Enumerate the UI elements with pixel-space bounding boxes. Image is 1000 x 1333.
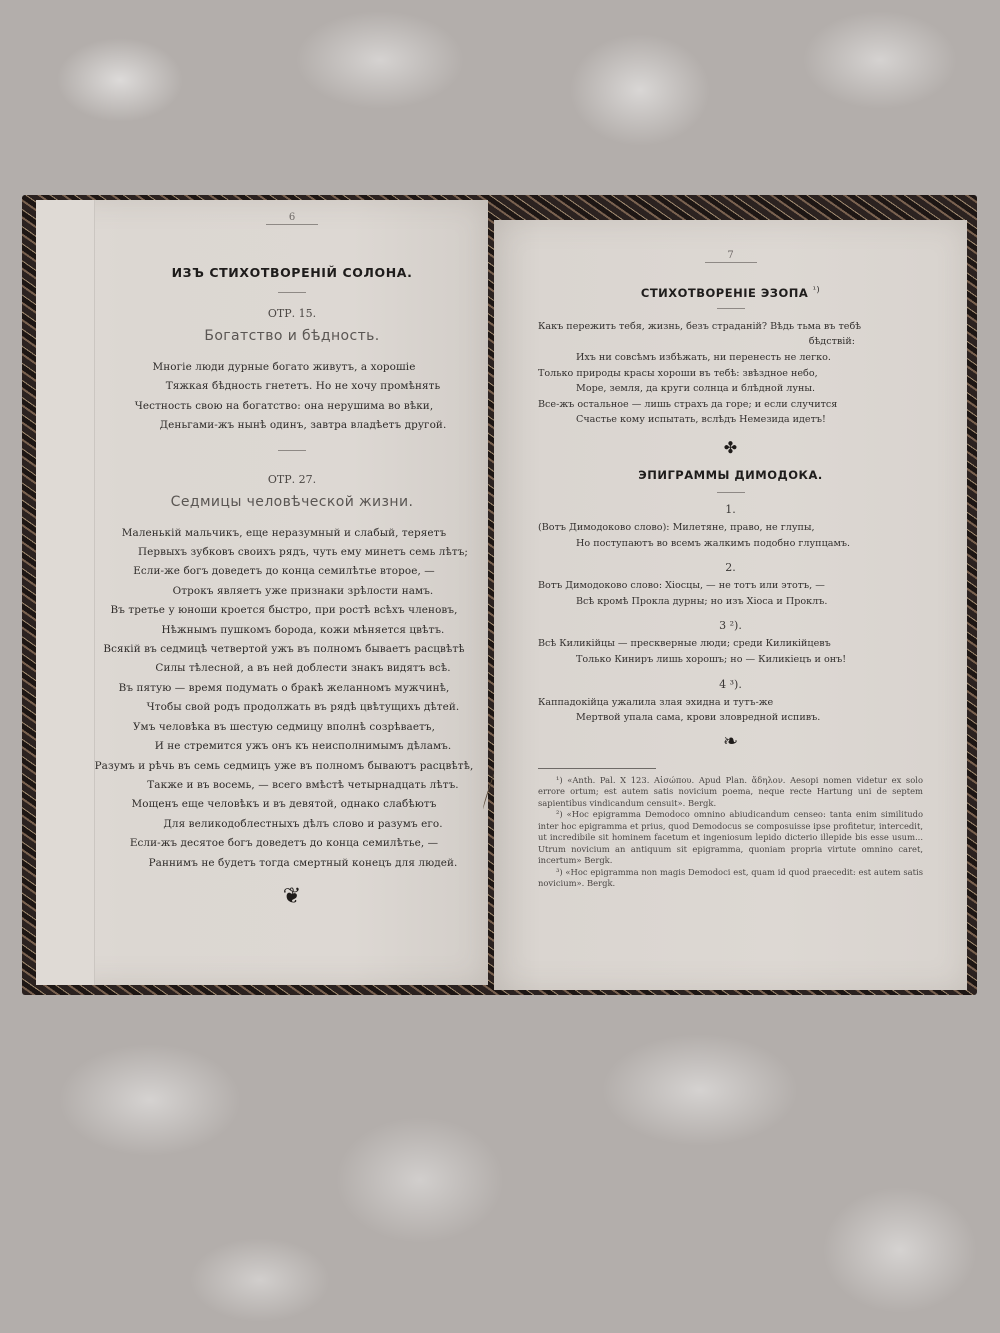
verse-line: Деньгами-жъ нынѣ одинъ, завтра владѣетъ … [96,416,488,435]
verse-line: Для великодоблестныхъ дѣлъ слово и разум… [96,815,488,834]
page-number-rule [705,262,757,263]
left-page-content: 6 ИЗЪ СТИХОТВОРЕНІЙ СОЛОНА. ОТР. 15. Бог… [96,212,488,909]
footnote-rule [538,768,656,769]
verse-block: Какъ пережить тебя, жизнь, безъ страдані… [494,319,967,428]
ornament-icon: ❦ [96,885,488,909]
verse-line: (Вотъ Димодоково слово): Милетяне, право… [538,520,967,536]
verse-line: Умъ человѣка въ шестую седмицу вполнѣ со… [80,718,488,737]
epigram-number: 4 ³). [494,678,967,691]
page-number-rule [266,224,318,225]
verse-line: Многіе люди дурные богато живутъ, а хоро… [80,358,488,377]
divider [717,308,745,309]
verse-line: И не стремится ужъ онъ къ неисполнимымъ … [96,737,488,756]
ornament-icon: ❧ [494,730,967,754]
footnotes: ¹) «Anth. Pal. X 123. Αἰσώπου. Apud Plan… [494,775,967,890]
verse-line: Но поступаютъ во всемъ жалкимъ подобно г… [538,536,967,552]
divider [278,450,306,451]
epigram-number: 1. [494,503,967,516]
left-page: 6 ИЗЪ СТИХОТВОРЕНІЙ СОЛОНА. ОТР. 15. Бог… [36,200,488,985]
footnote: ¹) «Anth. Pal. X 123. Αἰσώπου. Apud Plan… [538,775,923,810]
verse-block: Многіе люди дурные богато живутъ, а хоро… [96,358,488,436]
verse-line: Также и въ восемь, — всего вмѣстѣ четырн… [96,776,488,795]
verse-line: Каппадокійца ужалила злая эхидна и тутъ-… [538,695,967,711]
section-heading: ЭПИГРАММЫ ДИМОДОКА. [494,468,967,482]
verse-line: Нѣжнымъ пушкомъ борода, кожи мѣняется цв… [96,621,488,640]
divider [278,292,306,293]
verse-line: Все-жъ остальное — лишь страхъ да горе; … [538,397,967,413]
footnote: ³) «Hoc epigramma non magis Demodoci est… [538,867,923,890]
verse-line: Чтобы свой родъ продолжать въ рядѣ цвѣту… [96,698,488,717]
verse-line: Раннимъ не будетъ тогда смертный конецъ … [96,854,488,873]
verse-line: Если-жъ десятое богъ доведетъ до конца с… [80,834,488,853]
verse-line: Всѣ Киликійцы — прескверные люди; среди … [538,636,967,652]
fragment-label: ОТР. 27. [96,473,488,486]
verse-line: Всякій въ седмицѣ четвертой ужъ въ полно… [80,640,488,659]
divider [717,492,745,493]
right-page-content: 7 СТИХОТВОРЕНІЕ ЭЗОПА ¹) Какъ пережить т… [494,250,967,890]
footnote-ref: ¹) [813,285,820,294]
verse-line: Мощенъ еще человѣкъ и въ девятой, однако… [80,795,488,814]
section-heading: ИЗЪ СТИХОТВОРЕНІЙ СОЛОНА. [96,265,488,280]
verse-line: Только природы красы хороши въ тебѣ: звѣ… [538,366,967,382]
verse-line: Счастье кому испытать, вслѣдъ Немезида и… [538,412,967,428]
verse-line: Маленькій мальчикъ, еще неразумный и сла… [80,524,488,543]
fragment-title: Седмицы человѣческой жизни. [96,494,488,510]
verse-line: Первыхъ зубковъ своихъ рядъ, чуть ему ми… [96,543,488,562]
right-page: 7 СТИХОТВОРЕНІЕ ЭЗОПА ¹) Какъ пережить т… [494,220,967,990]
verse-line: Въ пятую — время подумать о бракѣ желанн… [80,679,488,698]
page-number: 6 [96,212,488,223]
verse-line: Какъ пережить тебя, жизнь, безъ страдані… [538,319,967,335]
verse-line: Отрокъ являетъ уже признаки зрѣлости нам… [96,582,488,601]
ornament-icon: ✤ [494,436,967,460]
verse-block: Маленькій мальчикъ, еще неразумный и сла… [96,524,488,873]
verse-line: Если-же богъ доведетъ до конца семилѣтье… [80,562,488,581]
epigram: (Вотъ Димодоково слово): Милетяне, право… [494,520,967,551]
verse-line: Силы тѣлесной, а въ ней доблести знакъ в… [96,659,488,678]
verse-line: Въ третье у юноши кроется быстро, при ро… [80,601,488,620]
verse-line: Всѣ кромѣ Прокла дурны; но изъ Хіоса и П… [538,594,967,610]
epigram: Всѣ Киликійцы — прескверные люди; среди … [494,636,967,667]
verse-line: бѣдствій: [538,334,967,350]
verse-line: Вотъ Димодоково слово: Хіосцы, — не тотъ… [538,578,967,594]
verse-line: Разумъ и рѣчь въ семь седмицъ уже въ пол… [80,757,488,776]
verse-line: Ихъ ни совсѣмъ избѣжать, ни перенесть не… [538,350,967,366]
epigram-number: 3 ²). [494,619,967,632]
heading-text: СТИХОТВОРЕНІЕ ЭЗОПА [641,286,808,300]
fragment-title: Богатство и бѣдность. [96,328,488,344]
verse-line: Честность свою на богатство: она нерушим… [80,397,488,416]
epigram-number: 2. [494,561,967,574]
page-number: 7 [494,250,967,261]
fragment-label: ОТР. 15. [96,307,488,320]
verse-line: Мертвой упала сама, крови зловредной исп… [538,710,967,726]
epigram: Каппадокійца ужалила злая эхидна и тутъ-… [494,695,967,726]
flyleaf [36,200,95,985]
verse-line: Только Киниръ лишь хорошъ; но — Киликіец… [538,652,967,668]
epigram: Вотъ Димодоково слово: Хіосцы, — не тотъ… [494,578,967,609]
verse-line: Тяжкая бѣдность гнететъ. Но не хочу пром… [96,377,488,396]
footnote: ²) «Hoc epigramma Demodoco omnino abiudi… [538,809,923,867]
section-heading: СТИХОТВОРЕНІЕ ЭЗОПА ¹) [494,285,967,300]
verse-line: Море, земля, да круги солнца и блѣдной л… [538,381,967,397]
